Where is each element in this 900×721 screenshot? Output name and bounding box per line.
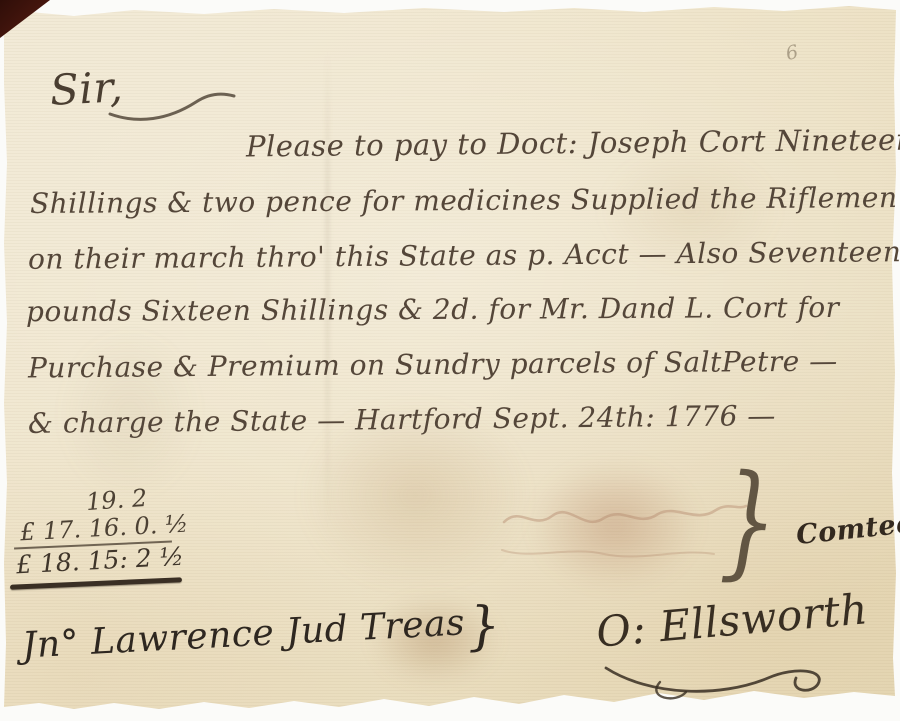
ellsworth-signature-swash <box>600 652 860 708</box>
salutation-flourish <box>108 86 238 126</box>
scanned-document-page: { "letter": { "salutation": "Sir,", "bod… <box>0 0 900 721</box>
accounting-total-underline <box>10 577 182 589</box>
faded-signature <box>500 488 750 568</box>
accounting-column: 19. 2 £ 17. 16. 0. ½ £ 18. 15: 2 ½ <box>8 480 198 600</box>
committee-brace: } <box>718 448 778 595</box>
fold-crease <box>326 50 329 530</box>
letter-line-1: Please to pay to Doct: Joseph Cort Ninet… <box>246 122 900 163</box>
letter-line-4: pounds Sixteen Shillings & 2d. for Mr. D… <box>26 291 840 328</box>
treasurer-brace: } <box>466 596 503 658</box>
letter-line-2: Shillings & two pence for medicines Supp… <box>30 181 898 220</box>
letter-line-5: Purchase & Premium on Sundry parcels of … <box>28 344 838 384</box>
